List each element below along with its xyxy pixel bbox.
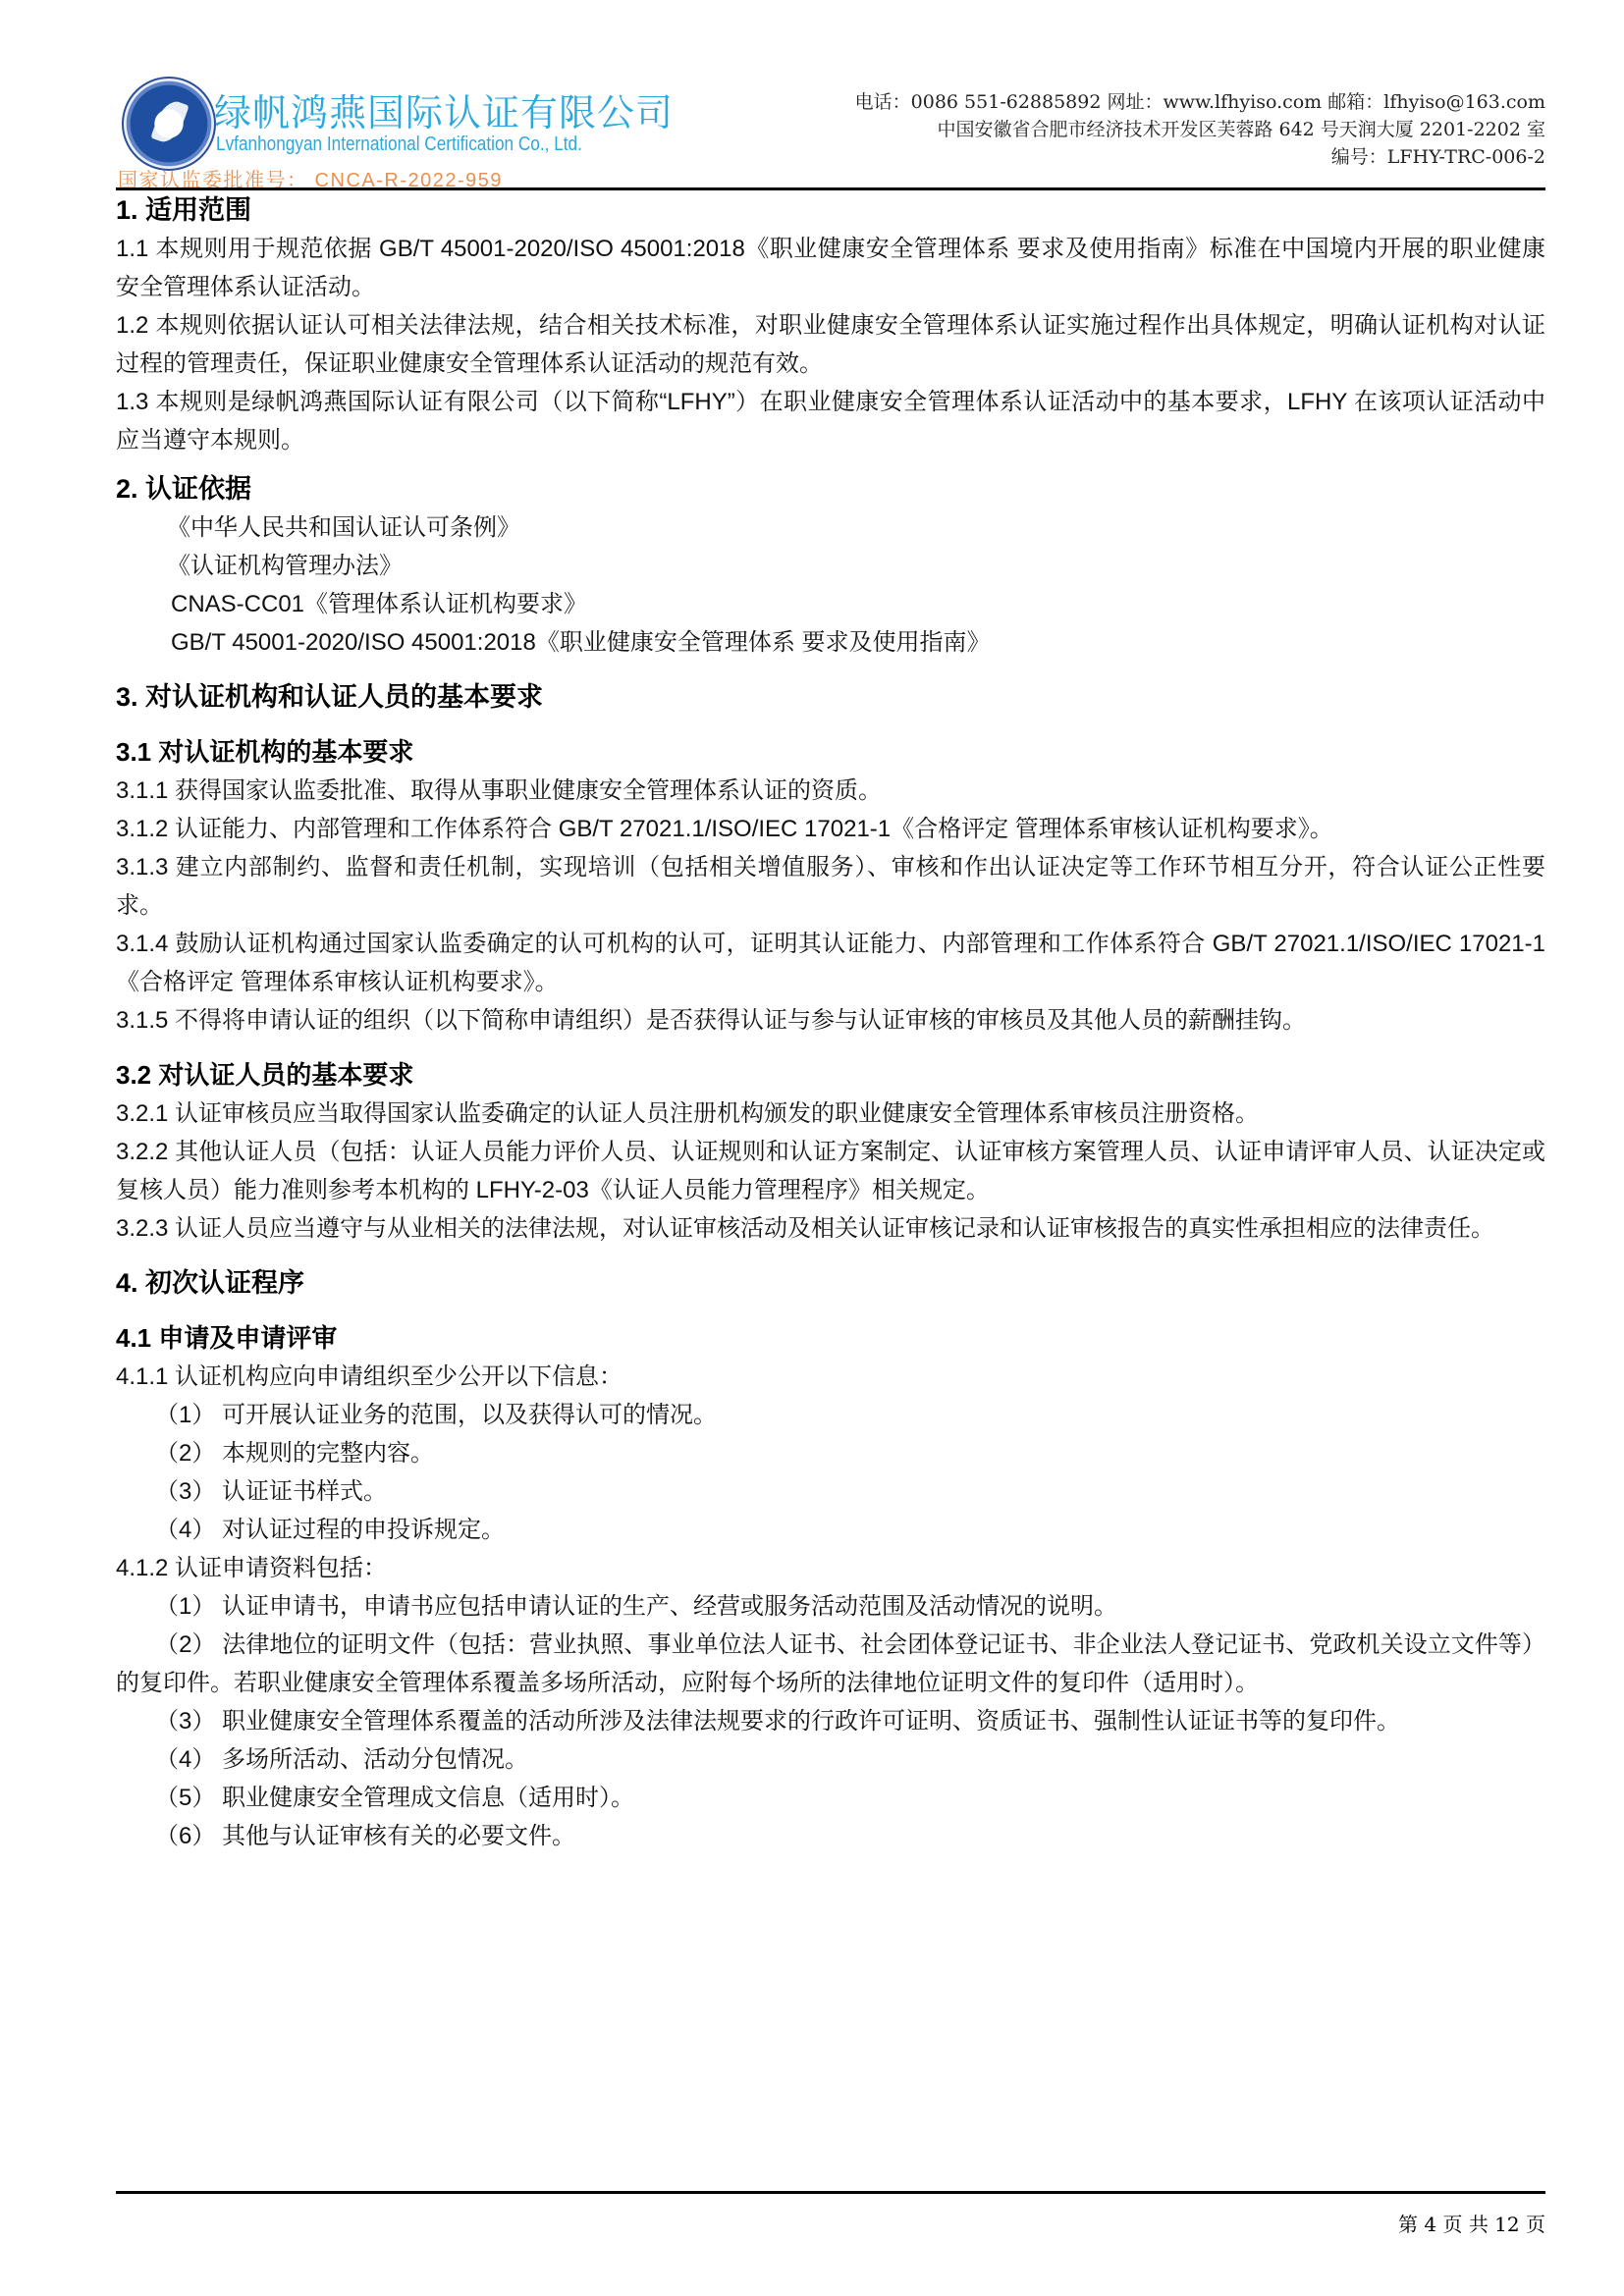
company-logo: 绿帆鸿燕国际认证有限公司 Lvfanhongyan International … bbox=[116, 69, 626, 187]
contact-block: 电话：0086 551-62885892 网址：www.lfhyiso.com … bbox=[855, 88, 1545, 171]
clause-3-1-3: 3.1.3 建立内部制约、监督和责任机制，实现培训（包括相关增值服务）、审核和作… bbox=[116, 848, 1545, 925]
contact-line: 电话：0086 551-62885892 网址：www.lfhyiso.com … bbox=[855, 88, 1545, 116]
list-item: （2） 法律地位的证明文件（包括：营业执照、事业单位法人证书、社会团体登记证书、… bbox=[116, 1626, 1545, 1702]
company-name-en: Lvfanhongyan International Certification… bbox=[216, 133, 582, 156]
list-item: （3） 职业健康安全管理体系覆盖的活动所涉及法律法规要求的行政许可证明、资质证书… bbox=[116, 1702, 1545, 1740]
section-3-1-heading: 3.1 对认证机构的基本要求 bbox=[116, 732, 1545, 772]
clause-3-2-2: 3.2.2 其他认证人员（包括：认证人员能力评价人员、认证规则和认证方案制定、认… bbox=[116, 1133, 1545, 1209]
reference-item: 《中华人民共和国认证认可条例》 bbox=[116, 508, 1545, 547]
list-item: （6） 其他与认证审核有关的必要文件。 bbox=[116, 1817, 1545, 1855]
section-4-heading: 4. 初次认证程序 bbox=[116, 1263, 1545, 1303]
list-item: （4） 多场所活动、活动分包情况。 bbox=[116, 1740, 1545, 1779]
clause-3-1-4: 3.1.4 鼓励认证机构通过国家认监委确定的认可机构的认可，证明其认证能力、内部… bbox=[116, 925, 1545, 1001]
clause-3-1-5: 3.1.5 不得将申请认证的组织（以下简称申请组织）是否获得认证与参与认证审核的… bbox=[116, 1001, 1545, 1040]
clause-4-1-1: 4.1.1 认证机构应向申请组织至少公开以下信息： bbox=[116, 1358, 1545, 1396]
reference-item: GB/T 45001-2020/ISO 45001:2018《职业健康安全管理体… bbox=[116, 623, 1545, 662]
list-item: （3） 认证证书样式。 bbox=[116, 1472, 1545, 1511]
list-item: （5） 职业健康安全管理成文信息（适用时）。 bbox=[116, 1779, 1545, 1817]
reference-item: 《认证机构管理办法》 bbox=[116, 547, 1545, 585]
clause-1-3: 1.3 本规则是绿帆鸿燕国际认证有限公司（以下简称“LFHY”）在职业健康安全管… bbox=[116, 383, 1545, 459]
clause-1-1: 1.1 本规则用于规范依据 GB/T 45001-2020/ISO 45001:… bbox=[116, 230, 1545, 306]
list-item: （2） 本规则的完整内容。 bbox=[116, 1434, 1545, 1472]
letterhead: 绿帆鸿燕国际认证有限公司 Lvfanhongyan International … bbox=[116, 69, 1545, 187]
section-1-heading: 1. 适用范围 bbox=[116, 190, 1545, 230]
section-3-heading: 3. 对认证机构和认证人员的基本要求 bbox=[116, 677, 1545, 717]
clause-1-2: 1.2 本规则依据认证认可相关法律法规，结合相关技术标准，对职业健康安全管理体系… bbox=[116, 306, 1545, 383]
clause-3-1-2: 3.1.2 认证能力、内部管理和工作体系符合 GB/T 27021.1/ISO/… bbox=[116, 810, 1545, 848]
company-name-cn: 绿帆鸿燕国际认证有限公司 bbox=[214, 82, 674, 136]
section-4-1-heading: 4.1 申请及申请评审 bbox=[116, 1318, 1545, 1358]
company-emblem-icon bbox=[122, 77, 216, 171]
clause-4-1-2: 4.1.2 认证申请资料包括： bbox=[116, 1549, 1545, 1587]
section-2-heading: 2. 认证依据 bbox=[116, 469, 1545, 508]
reference-item: CNAS-CC01《管理体系认证机构要求》 bbox=[116, 585, 1545, 623]
list-item: （1） 可开展认证业务的范围，以及获得认可的情况。 bbox=[116, 1396, 1545, 1434]
document-number: 编号：LFHY-TRC-006-2 bbox=[855, 143, 1545, 171]
clause-3-2-1: 3.2.1 认证审核员应当取得国家认监委确定的认证人员注册机构颁发的职业健康安全… bbox=[116, 1095, 1545, 1133]
clause-3-2-3: 3.2.3 认证人员应当遵守与从业相关的法律法规，对认证审核活动及相关认证审核记… bbox=[116, 1209, 1545, 1248]
address-line: 中国安徽省合肥市经济技术开发区芙蓉路 642 号天润大厦 2201-2202 室 bbox=[855, 116, 1545, 143]
document-body: 1. 适用范围 1.1 本规则用于规范依据 GB/T 45001-2020/IS… bbox=[116, 190, 1545, 1855]
footer-divider bbox=[116, 2191, 1545, 2194]
clause-3-1-1: 3.1.1 获得国家认监委批准、取得从事职业健康安全管理体系认证的资质。 bbox=[116, 772, 1545, 810]
page-indicator: 第 4 页 共 12 页 bbox=[1398, 2209, 1545, 2237]
list-item: （1） 认证申请书，申请书应包括申请认证的生产、经营或服务活动范围及活动情况的说… bbox=[116, 1587, 1545, 1626]
section-3-2-heading: 3.2 对认证人员的基本要求 bbox=[116, 1055, 1545, 1095]
document-page: 绿帆鸿燕国际认证有限公司 Lvfanhongyan International … bbox=[0, 0, 1624, 2296]
list-item: （4） 对认证过程的申投诉规定。 bbox=[116, 1511, 1545, 1549]
